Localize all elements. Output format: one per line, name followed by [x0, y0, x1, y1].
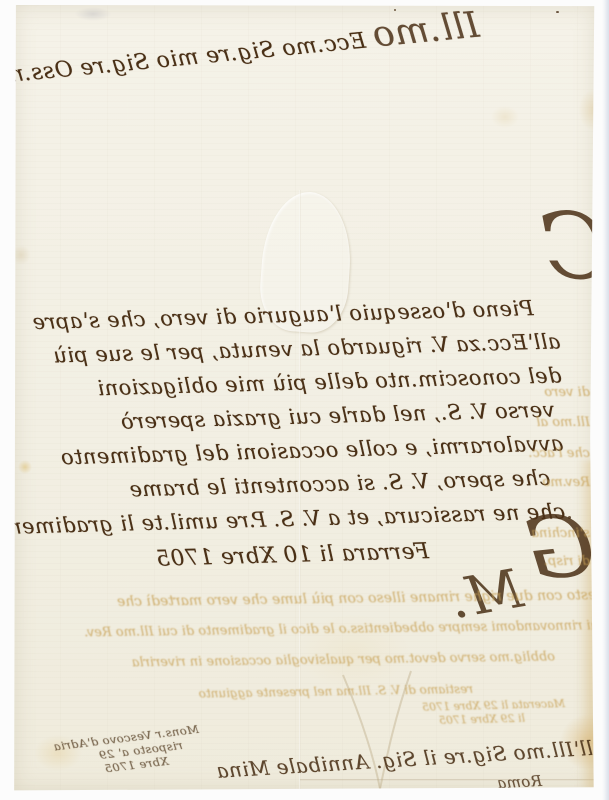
bleed-fragment-wrap: di vero — [493, 385, 590, 400]
archive-note-wrap: Mons.r Vescovo d'Adria risposto a' 29 Xb… — [14, 722, 203, 786]
header-rest: Ecc.mo Sig.re mio Sig.re Oss.mo — [0, 29, 367, 90]
bleed-fragment: di vero — [493, 385, 590, 400]
address-line1-wrap: All'Ill.mo Sig.re il Sig. Annibale Mina — [278, 735, 609, 779]
bleed-fragment-wrap: Rev.mo — [503, 475, 590, 490]
bleed-fragment: Ill.mo al — [500, 415, 590, 430]
bleed-fragment-wrap: di risp. — [499, 554, 590, 569]
bleed-fragment: s'inchina — [497, 526, 590, 541]
address-line2-wrap: Roma — [462, 772, 543, 794]
bleed-fragment-wrap: che l'acc. — [495, 446, 590, 461]
header-line: Ill.mo Ecc.mo Sig.re mio Sig.re Oss.mo — [156, 0, 483, 90]
bleed-fragment: Rev.mo — [503, 475, 590, 490]
paper-sheet: Ill.mo Ecc.mo Sig.re mio Sig.re Oss.mo C… — [13, 5, 596, 792]
bleed-line: restiamo di V. S. Ill.ma nel presente ag… — [228, 682, 473, 700]
header-line-wrap: Ill.mo Ecc.mo Sig.re mio Sig.re Oss.mo — [156, 0, 482, 89]
bleed-line-wrap: mi rinnovandomi sempre obbedientiss.o le… — [55, 618, 603, 641]
scanner-bed-edge — [602, 0, 609, 800]
address-line1: All'Ill.mo Sig.re il Sig. Annibale Mina — [278, 735, 609, 779]
bleed-fragment: che l'acc. — [495, 446, 590, 461]
bleed-line: mi rinnovandomi sempre obbedientiss.o le… — [55, 618, 603, 641]
bleed-line: li 29 Xbre 1705 — [425, 712, 525, 728]
capital-flourish: C — [531, 197, 609, 297]
header-initial: Ill.mo — [371, 5, 481, 56]
bleed-fragment-wrap: s'inchina — [497, 526, 590, 541]
bleed-line-wrap: Macerata li 29 Xbre 1705 — [415, 697, 565, 714]
ink-speck — [556, 11, 559, 13]
bleed-line-wrap: li 29 Xbre 1705 — [425, 712, 525, 728]
address-line2: Roma — [462, 772, 543, 794]
bleed-line-wrap: obblig.mo servo devot.mo per qualsivogli… — [55, 650, 555, 672]
bleed-line: obblig.mo servo devot.mo per qualsivogli… — [55, 650, 555, 672]
bleed-fragment-wrap: Ill.mo al — [500, 415, 590, 430]
scanned-letter-page: Ill.mo Ecc.mo Sig.re mio Sig.re Oss.mo C… — [0, 0, 609, 800]
bleed-line-wrap: restiamo di V. S. Ill.ma nel presente ag… — [228, 682, 473, 700]
bleed-line: Macerata li 29 Xbre 1705 — [415, 697, 565, 714]
bleed-fragment: di risp. — [499, 554, 590, 569]
